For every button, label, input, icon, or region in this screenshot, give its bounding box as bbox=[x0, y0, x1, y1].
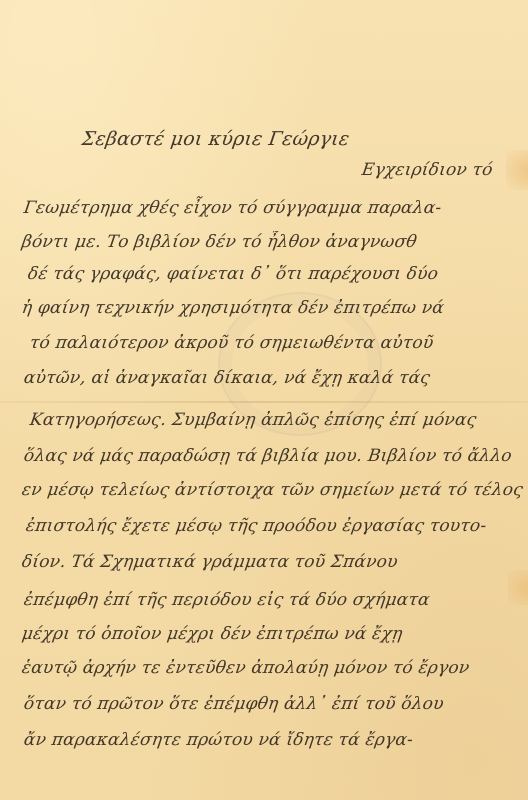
paper-stain bbox=[506, 150, 528, 190]
letter-line: ἐπέμφθη ἐπί τῆς περιόδου εἰς τά δύο σχήμ… bbox=[23, 590, 432, 610]
letter-line: δίον. Τά Σχηματικά γράμματα τοῦ Σπάνου bbox=[21, 552, 400, 572]
letter-line: ὅλας νά μάς παραδώσῃ τά βιβλία μου. Βιβλ… bbox=[23, 446, 514, 466]
letter-line: εν μέσῳ τελείως ἀντίστοιχα τῶν σημείων μ… bbox=[21, 480, 525, 500]
letter-line: βόντι με. Το βιβλίον δέν τό ἦλθον ἀναγνω… bbox=[21, 232, 419, 252]
letter-line: ἄν παρακαλέσητε πρώτου νά ἴδητε τά ἔργα- bbox=[23, 730, 415, 750]
letter-line: Κατηγορήσεως. Συμβαίνῃ ἀπλῶς ἐπίσης ἐπί … bbox=[29, 410, 478, 430]
letter-line: ἡ φαίνη τεχνικήν χρησιμότητα δέν ἐπιτρέπ… bbox=[21, 298, 446, 318]
letter-line: Εγχειρίδιον τό bbox=[361, 160, 494, 180]
salutation: Σεβαστέ μοι κύριε Γεώργιε bbox=[80, 128, 350, 150]
paper-stain bbox=[508, 570, 528, 605]
letter-line: τό παλαιότερον ἀκροῦ τό σημειωθέντα αὐτο… bbox=[29, 333, 435, 353]
letter-line: αὐτῶν, αἱ ἀναγκαῖαι δίκαια, νά ἔχῃ καλά … bbox=[23, 368, 432, 388]
letter-line: μέχρι τό ὁποῖον μέχρι δέν ἐπιτρέπω νά ἔχ… bbox=[21, 624, 404, 644]
letter-line: ὅταν τό πρῶτον ὅτε ἐπέμφθη ἀλλ᾽ ἐπί τοῦ … bbox=[23, 694, 446, 714]
letter-line: ἑαυτῷ ἀρχήν τε ἐντεῦθεν ἀπολαύῃ μόνον τό… bbox=[21, 658, 471, 678]
letter-line: δέ τάς γραφάς, φαίνεται δ᾽ ὅτι παρέχουσι… bbox=[27, 264, 440, 284]
letter-line: Γεωμέτρημα χθές εἶχον τό σύγγραμμα παραλ… bbox=[23, 198, 443, 218]
letter-line: ἐπιστολής ἔχετε μέσῳ τῆς προόδου ἐργασία… bbox=[25, 516, 488, 536]
letter-page: Σεβαστέ μοι κύριε Γεώργιε Εγχειρίδιον τό… bbox=[0, 0, 528, 800]
